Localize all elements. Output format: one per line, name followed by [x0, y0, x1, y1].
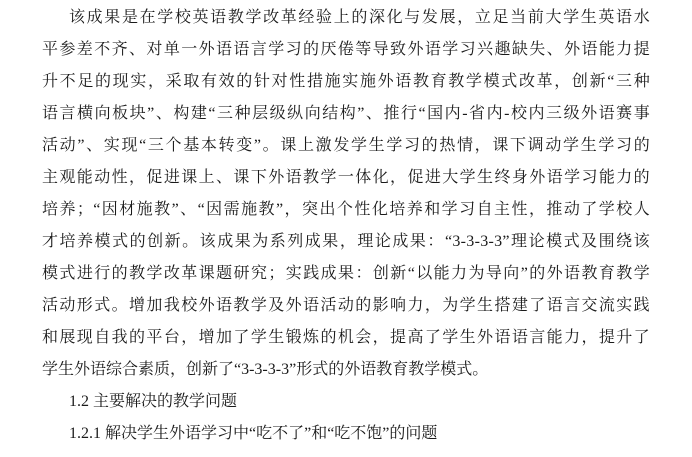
paragraph-line-9: 模式进行的教学改革课题研究；实践成果：创新“以能力为导向”的外语教育教学	[42, 258, 650, 290]
paragraph-line-1: 该成果是在学校英语教学改革经验上的深化与发展，立足当前大学生英语水	[42, 2, 650, 34]
section-heading-1-2-1: 1.2.1 解决学生外语学习中“吃不了”和“吃不饱”的问题	[42, 418, 650, 450]
paragraph-line-10: 活动形式。增加我校外语教学及外语活动的影响力，为学生搭建了语言交流实践	[42, 290, 650, 322]
paragraph-line-8: 才培养模式的创新。该成果为系列成果，理论成果：“3-3-3-3”理论模式及围绕该	[42, 226, 650, 258]
paragraph-line-5: 活动”、实现“三个基本转变”。课上激发学生学习的热情，课下调动学生学习的	[42, 130, 650, 162]
paragraph-line-2: 平参差不齐、对单一外语语言学习的厌倦等导致外语学习兴趣缺失、外语能力提	[42, 34, 650, 66]
paragraph-line-4: 语言横向板块”、构建“三种层级纵向结构”、推行“国内-省内-校内三级外语赛事	[42, 98, 650, 130]
paragraph-line-12: 学生外语综合素质，创新了“3-3-3-3”形式的外语教育教学模式。	[42, 354, 650, 386]
document-page: 该成果是在学校英语教学改革经验上的深化与发展，立足当前大学生英语水 平参差不齐、…	[42, 2, 650, 450]
paragraph-line-3: 升不足的现实，采取有效的针对性措施实施外语教育教学模式改革，创新“三种	[42, 66, 650, 98]
paragraph-line-6: 主观能动性，促进课上、课下外语教学一体化，促进大学生终身外语学习能力的	[42, 162, 650, 194]
section-heading-1-2: 1.2 主要解决的教学问题	[42, 386, 650, 418]
paragraph-line-11: 和展现自我的平台，增加了学生锻炼的机会，提高了学生外语语言能力，提升了	[42, 322, 650, 354]
paragraph-line-7: 培养；“因材施教”、“因需施教”，突出个性化培养和学习自主性，推动了学校人	[42, 194, 650, 226]
